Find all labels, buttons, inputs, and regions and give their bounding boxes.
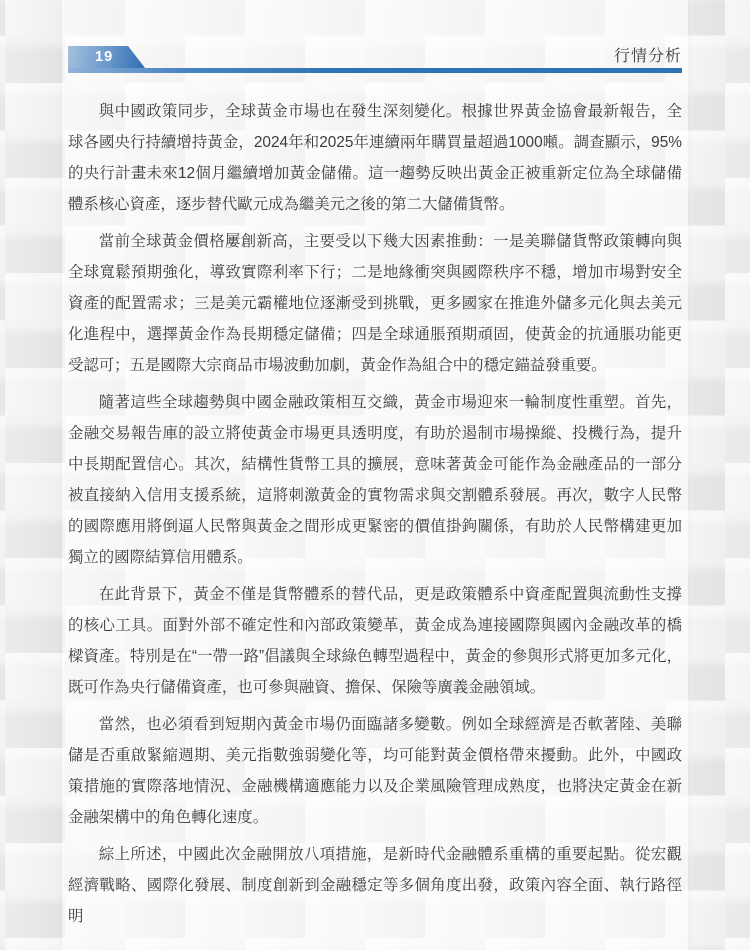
page-number-badge: 19 — [68, 46, 145, 68]
body-paragraph: 當然，也必須看到短期內黃金市場仍面臨諸多變數。例如全球經濟是否軟著陸、美聯儲是否… — [68, 709, 682, 833]
header-divider-rule — [68, 68, 682, 73]
body-paragraph: 隨著這些全球趨勢與中國金融政策相互交織，黃金市場迎來一輪制度性重塑。首先，金融交… — [68, 387, 682, 573]
article-body: 與中國政策同步，全球黃金市場也在發生深刻變化。根據世界黃金協會最新報告，全球各國… — [68, 96, 682, 938]
page-header: 19 行情分析 — [68, 0, 682, 78]
body-paragraph: 綜上所述，中國此次金融開放八項措施，是新時代金融體系重構的重要起點。從宏觀經濟戰… — [68, 839, 682, 932]
body-paragraph: 當前全球黃金價格屢創新高，主要受以下幾大因素推動：一是美聯儲貨幣政策轉向與全球寬… — [68, 226, 682, 381]
body-paragraph: 與中國政策同步，全球黃金市場也在發生深刻變化。根據世界黃金協會最新報告，全球各國… — [68, 96, 682, 220]
body-paragraph: 在此背景下，黃金不僅是貨幣體系的替代品，更是政策體系中資產配置與流動性支撐的核心… — [68, 579, 682, 703]
section-title: 行情分析 — [614, 46, 682, 68]
page-content: 19 行情分析 與中國政策同步，全球黃金市場也在發生深刻變化。根據世界黃金協會最… — [68, 0, 682, 950]
